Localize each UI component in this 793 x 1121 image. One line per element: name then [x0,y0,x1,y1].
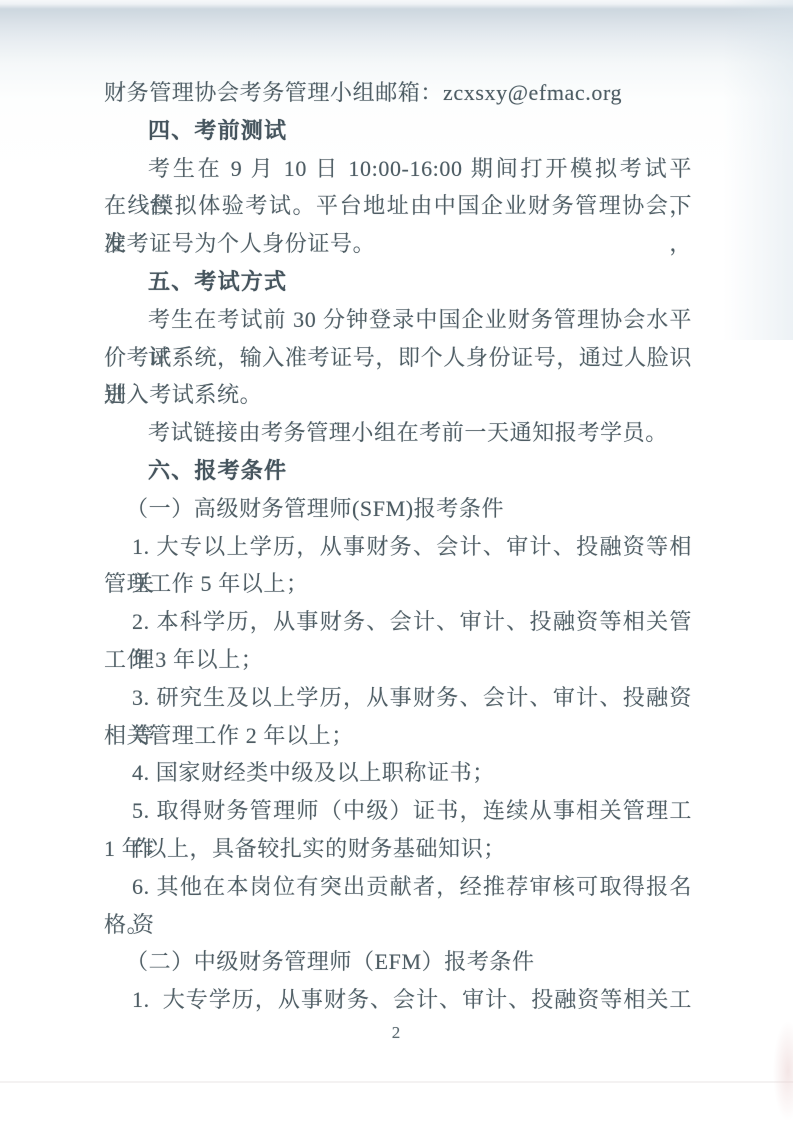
scan-artifact-line [0,1081,793,1083]
document-body: 财务管理协会考务管理小组邮箱：zcxsxy@efmac.org四、考前测试考生在… [104,74,692,1019]
text-line: （二）中级财务管理师（EFM）报考条件 [104,943,692,981]
text-line: 6. 其他在本岗位有突出贡献者，经推荐审核可取得报名资 [104,868,692,906]
text-line: 考生在 9 月 10 日 10:00-16:00 期间打开模拟考试平台， [104,150,692,188]
text-line: 考试链接由考务管理小组在考前一天通知报考学员。 [104,414,692,452]
text-line: 5. 取得财务管理师（中级）证书，连续从事相关管理工作 [104,792,692,830]
section-heading: 四、考前测试 [104,112,692,150]
text-line: 相关管理工作 2 年以上； [104,717,692,755]
text-line: 价考试系统，输入准考证号，即个人身份证号，通过人脸识别 [104,339,692,377]
text-line: 进入考试系统。 [104,376,692,414]
text-line: 4. 国家财经类中级及以上职称证书； [104,754,692,792]
text-line: 2. 本科学历，从事财务、会计、审计、投融资等相关管理 [104,603,692,641]
scan-shading-right [723,0,793,340]
section-heading: 五、考试方式 [104,263,692,301]
text-line: 格。 [104,906,692,944]
text-line: （一）高级财务管理师(SFM)报考条件 [104,490,692,528]
section-heading: 六、报考条件 [104,452,692,490]
text-line: 1 年以上，具备较扎实的财务基础知识； [104,830,692,868]
text-line: 1. 大专以上学历，从事财务、会计、审计、投融资等相关 [104,528,692,566]
text-line: 财务管理协会考务管理小组邮箱：zcxsxy@efmac.org [104,74,692,112]
text-line: 3. 研究生及以上学历，从事财务、会计、审计、投融资等 [104,679,692,717]
text-line: 1. 大专学历，从事财务、会计、审计、投融资等相关工 [104,981,692,1019]
text-line: 在线模拟体验考试。平台地址由中国企业财务管理协会下发， [104,187,692,225]
page-number: 2 [0,1022,793,1044]
text-line: 工作 3 年以上； [104,641,692,679]
text-line: 考生在考试前 30 分钟登录中国企业财务管理协会水平评 [104,301,692,339]
text-line: 管理工作 5 年以上； [104,565,692,603]
